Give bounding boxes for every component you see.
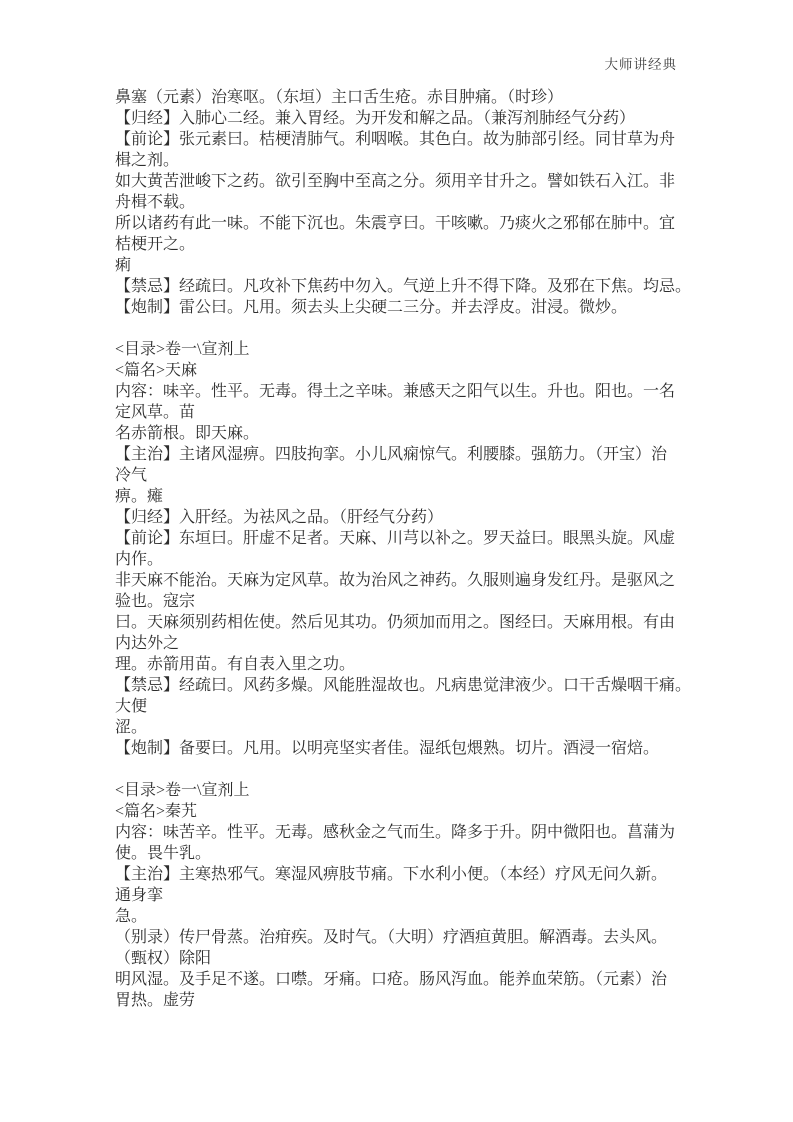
text-line: 【归经】入肝经。为祛风之品。（肝经气分药） — [115, 507, 685, 528]
page-header: 大师讲经典 — [605, 57, 678, 73]
text-line: 【禁忌】经疏曰。风药多燥。风能胜湿故也。凡病患觉津液少。口干舌燥咽干痛。 — [115, 675, 685, 696]
text-line: 鼻塞（元素）治寒呕。（东垣）主口舌生疮。赤目肿痛。（时珍） — [115, 87, 685, 108]
text-line: 理。赤箭用苗。有自表入里之功。 — [115, 654, 685, 675]
text-line: 内容：味苦辛。性平。无毒。感秋金之气而生。降多于升。阴中微阳也。菖蒲为 — [115, 822, 685, 843]
text-line: 舟楫不载。 — [115, 192, 685, 213]
text-line: 急。 — [115, 906, 685, 927]
text-line: 【归经】入肺心二经。兼入胃经。为开发和解之品。（兼泻剂肺经气分药） — [115, 108, 685, 129]
text-line: <篇名>秦艽 — [115, 801, 685, 822]
text-line: 【前论】张元素曰。桔梗清肺气。利咽喉。其色白。故为肺部引经。同甘草为舟 — [115, 129, 685, 150]
text-line: 胃热。虚劳 — [115, 990, 685, 1011]
document-page: 大师讲经典 鼻塞（元素）治寒呕。（东垣）主口舌生疮。赤目肿痛。（时珍）【归经】入… — [0, 0, 793, 1122]
text-line: 【炮制】备要曰。凡用。以明亮坚实者佳。湿纸包煨熟。切片。酒浸一宿焙。 — [115, 738, 685, 759]
text-line: <目录>卷一\宣剂上 — [115, 780, 685, 801]
text-line: 定风草。苗 — [115, 402, 685, 423]
text-line: 冷气 — [115, 465, 685, 486]
text-line: （甄权）除阳 — [115, 948, 685, 969]
text-line: 内达外之 — [115, 633, 685, 654]
text-line: 如大黄苦泄峻下之药。欲引至胸中至高之分。须用辛甘升之。譬如铁石入江。非 — [115, 171, 685, 192]
text-line: 【前论】东垣曰。肝虚不足者。天麻、川芎以补之。罗天益曰。眼黑头旋。风虚 — [115, 528, 685, 549]
text-line: 使。畏牛乳。 — [115, 843, 685, 864]
text-line: 【主治】主诸风湿痹。四肢拘挛。小儿风痫惊气。利腰膝。强筋力。（开宝）治 — [115, 444, 685, 465]
text-line: 名赤箭根。即天麻。 — [115, 423, 685, 444]
text-line: 明风湿。及手足不遂。口噤。牙痛。口疮。肠风泻血。能养血荣筋。（元素）治 — [115, 969, 685, 990]
section-gap — [115, 318, 685, 339]
text-line: 涩。 — [115, 717, 685, 738]
text-line: 内作。 — [115, 549, 685, 570]
text-line: 【炮制】雷公曰。凡用。须去头上尖硬二三分。并去浮皮。泔浸。微炒。 — [115, 297, 685, 318]
text-line: （别录）传尸骨蒸。治疳疾。及时气。（大明）疗酒疸黄胆。解酒毒。去头风。 — [115, 927, 685, 948]
text-line: 通身挛 — [115, 885, 685, 906]
text-line: 痢 — [115, 255, 685, 276]
text-line: 验也。寇宗 — [115, 591, 685, 612]
text-line: 【主治】主寒热邪气。寒湿风痹肢节痛。下水利小便。（本经）疗风无问久新。 — [115, 864, 685, 885]
text-line: 楫之剂。 — [115, 150, 685, 171]
text-line: 痹。瘫 — [115, 486, 685, 507]
text-line: <篇名>天麻 — [115, 360, 685, 381]
document-content: 鼻塞（元素）治寒呕。（东垣）主口舌生疮。赤目肿痛。（时珍）【归经】入肺心二经。兼… — [115, 87, 685, 1011]
text-line: 内容：味辛。性平。无毒。得土之辛味。兼感天之阳气以生。升也。阳也。一名 — [115, 381, 685, 402]
text-line: 【禁忌】经疏曰。凡攻补下焦药中勿入。气逆上升不得下降。及邪在下焦。均忌。 — [115, 276, 685, 297]
text-line: 非天麻不能治。天麻为定风草。故为治风之神药。久服则遍身发红丹。是驱风之 — [115, 570, 685, 591]
text-line: <目录>卷一\宣剂上 — [115, 339, 685, 360]
section-gap — [115, 759, 685, 780]
text-line: 桔梗开之。 — [115, 234, 685, 255]
text-line: 大便 — [115, 696, 685, 717]
text-line: 曰。天麻须别药相佐使。然后见其功。仍须加而用之。图经曰。天麻用根。有由 — [115, 612, 685, 633]
text-line: 所以诸药有此一味。不能下沉也。朱震亨曰。干咳嗽。乃痰火之邪郁在肺中。宜 — [115, 213, 685, 234]
